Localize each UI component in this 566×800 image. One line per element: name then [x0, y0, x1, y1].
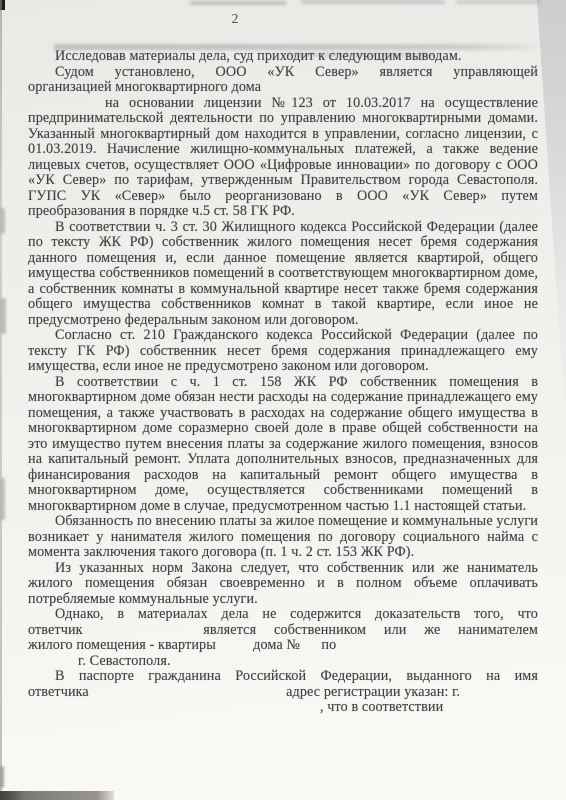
- scan-smudge: [0, 208, 5, 234]
- text-line: г. Севастополя.: [78, 654, 538, 670]
- redacted-blank: [304, 647, 318, 649]
- redacted-blank: [92, 694, 282, 696]
- paragraph-no-evidence: Однако, в материалах дела не содержится …: [28, 607, 538, 669]
- text-line-redacted: ответчика адрес регистрации указан: г.: [28, 685, 538, 701]
- paper-left-edge: [0, 0, 2, 800]
- paragraph-zhk-art153: Обязанность по внесению платы за жилое п…: [28, 514, 538, 561]
- paper-right-edge: [536, 0, 566, 432]
- redacted-blank: [220, 647, 250, 649]
- text-block: на основании лицензии №123 от 10.03.2017…: [28, 96, 538, 220]
- redaction-blur-top: [456, 0, 540, 4]
- redaction-blur-top: [190, 1, 286, 5]
- text-line: В паспорте гражданина Российской Федерац…: [28, 669, 538, 685]
- scan-smudge: [0, 478, 5, 520]
- text-line-redacted: ответчик является собственником или же н…: [28, 623, 538, 639]
- text-line: Однако, в материалах дела не содержится …: [28, 607, 538, 623]
- text-fragment: ответчика: [28, 684, 89, 700]
- redaction-blur-top: [301, 0, 445, 4]
- paragraph-court-established: Судом установлено, ООО «УК Север» являет…: [28, 65, 538, 220]
- paragraph-zhk-art158: В соответствии с ч. 1 ст. 158 ЖК РФ собс…: [28, 375, 538, 515]
- text-line: , что в соответствии: [320, 700, 538, 716]
- text-fragment: жилого помещения - квартиры: [28, 637, 216, 653]
- page-number: 2: [224, 11, 246, 27]
- paragraph-zhk-art30: В соответствии ч. 3 ст. 30 Жилищного код…: [28, 220, 538, 329]
- redacted-blank: [100, 632, 185, 634]
- scan-smudge: [0, 766, 4, 788]
- paragraph-intro: Исследовав материалы дела, суд приходит …: [28, 49, 538, 65]
- document-body: Исследовав материалы дела, суд приходит …: [28, 49, 538, 716]
- text-fragment: дома №: [253, 637, 300, 653]
- text-line-redacted: жилого помещения - квартиры дома № по: [28, 638, 538, 654]
- scan-smudge: [0, 298, 6, 334]
- paragraph-gk-art210: Согласно ст. 210 Гражданского кодекса Ро…: [28, 328, 538, 375]
- text-fragment: адрес регистрации указан: г.: [286, 684, 460, 700]
- paragraph-passport: В паспорте гражданина Российской Федерац…: [28, 669, 538, 716]
- paragraph-obligation: Из указанных норм Закона следует, что со…: [28, 561, 538, 608]
- bottom-scan-bar: [0, 791, 114, 800]
- text-fragment: ответчик: [28, 622, 83, 638]
- scanned-court-document-page: 2 Исследовав материалы дела, суд приходи…: [0, 0, 566, 800]
- text-line-redacted-end: организацией многоквартирного дома: [28, 80, 538, 96]
- text-fragment: является собственником или же нанимателе…: [203, 622, 538, 638]
- text-line: Судом установлено, ООО «УК Север» являет…: [28, 65, 538, 81]
- text-fragment: по: [321, 637, 336, 653]
